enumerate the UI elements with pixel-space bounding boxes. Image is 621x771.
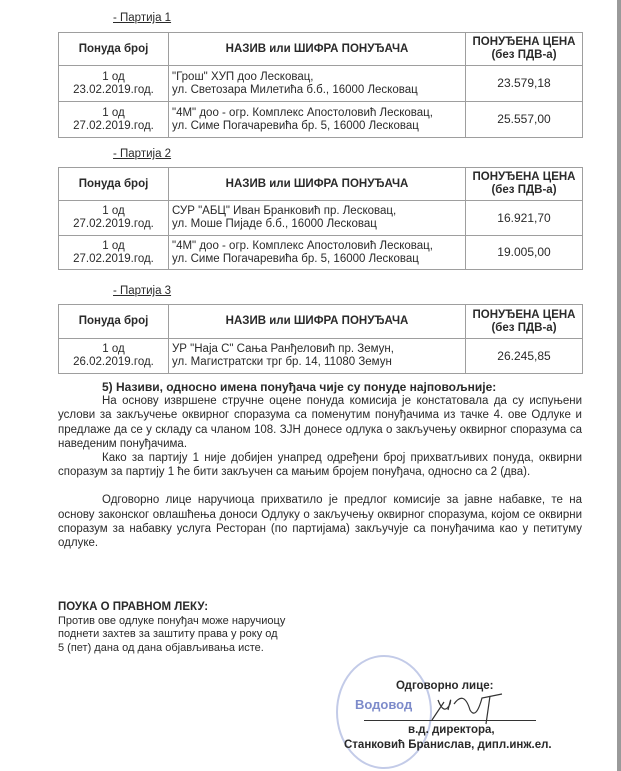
table-row: 1 од23.02.2019.год. "Грош" ХУП доо Леско… [59, 66, 583, 102]
section-5-paragraph-3: Одговорно лице наручиоца прихватило је п… [58, 493, 582, 550]
offered-price: 16.921,70 [466, 201, 583, 236]
handwritten-signature-icon [430, 690, 510, 730]
section-5-paragraph-2: Како за партију 1 није добијен унапред о… [58, 451, 582, 479]
col-header-price: ПОНУЂЕНА ЦЕНА(без ПДВ-а) [466, 33, 583, 66]
partition-2-label: - Партија 2 [113, 148, 171, 160]
bidder-name: "Грош" ХУП доо Лесковац,ул. Светозара Ми… [169, 66, 466, 102]
col-header-bidder-name: НАЗИВ или ШИФРА ПОНУЂАЧА [169, 305, 466, 339]
bidder-name: СУР "АБЦ" Иван Бранковић пр. Лесковац,ул… [169, 201, 466, 236]
offer-number: 1 од27.02.2019.год. [59, 236, 169, 270]
partition-3-label: - Партија 3 [113, 285, 171, 297]
bidder-name: "4М" доо - огр. Комплекс Апостоловић Лес… [169, 102, 466, 138]
section-5: 5) Називи, односно имена понуђача чије с… [58, 380, 582, 550]
partition-3-table: Понуда број НАЗИВ или ШИФРА ПОНУЂАЧА ПОН… [58, 304, 583, 374]
table-row: 1 од27.02.2019.год. СУР "АБЦ" Иван Бранк… [59, 201, 583, 236]
col-header-price: ПОНУЂЕНА ЦЕНА(без ПДВ-а) [466, 168, 583, 201]
partition-2-table: Понуда број НАЗИВ или ШИФРА ПОНУЂАЧА ПОН… [58, 167, 583, 270]
offer-number: 1 од26.02.2019.год. [59, 339, 169, 374]
offered-price: 26.245,85 [466, 339, 583, 374]
table-row: 1 од26.02.2019.год. УР "Наја С" Сања Ран… [59, 339, 583, 374]
offered-price: 19.005,00 [466, 236, 583, 270]
section-5-paragraph-1: На основу извршене стручне оцене понуда … [58, 394, 582, 451]
col-header-offer-number: Понуда број [59, 168, 169, 201]
offered-price: 25.557,00 [466, 102, 583, 138]
bidder-name: "4М" доо - огр. Комплекс Апостоловић Лес… [169, 236, 466, 270]
col-header-price: ПОНУЂЕНА ЦЕНА(без ПДВ-а) [466, 305, 583, 339]
stamp-text: Водовод [355, 697, 412, 712]
col-header-offer-number: Понуда број [59, 33, 169, 66]
offer-number: 1 од27.02.2019.год. [59, 201, 169, 236]
page-edge-bar [617, 0, 621, 771]
table-header-row: Понуда број НАЗИВ или ШИФРА ПОНУЂАЧА ПОН… [59, 305, 583, 339]
table-header-row: Понуда број НАЗИВ или ШИФРА ПОНУЂАЧА ПОН… [59, 33, 583, 66]
col-header-offer-number: Понуда број [59, 305, 169, 339]
table-row: 1 од27.02.2019.год. "4М" доо - огр. Комп… [59, 102, 583, 138]
col-header-bidder-name: НАЗИВ или ШИФРА ПОНУЂАЧА [169, 33, 466, 66]
legal-remedy: ПОУКА О ПРАВНОМ ЛЕКУ: Против ове одлуке … [58, 601, 318, 655]
section-5-heading: 5) Називи, односно имена понуђача чије с… [58, 380, 582, 394]
offer-number: 1 од27.02.2019.год. [59, 102, 169, 138]
offer-number: 1 од23.02.2019.год. [59, 66, 169, 102]
table-row: 1 од27.02.2019.год. "4М" доо - огр. Комп… [59, 236, 583, 270]
legal-remedy-line: поднети захтев за заштиту права у року о… [58, 628, 318, 642]
col-header-bidder-name: НАЗИВ или ШИФРА ПОНУЂАЧА [169, 168, 466, 201]
official-stamp [336, 655, 432, 769]
signer-name: Станковић Бранислав, дипл.инж.ел. [344, 739, 552, 751]
legal-remedy-title: ПОУКА О ПРАВНОМ ЛЕКУ: [58, 601, 318, 615]
bidder-name: УР "Наја С" Сања Ранђеловић пр. Земун,ул… [169, 339, 466, 374]
legal-remedy-line: Против ове одлуке понуђач може наручиоцу [58, 615, 318, 629]
partition-1-label: - Партија 1 [113, 12, 171, 24]
partition-1-table: Понуда број НАЗИВ или ШИФРА ПОНУЂАЧА ПОН… [58, 32, 583, 138]
table-header-row: Понуда број НАЗИВ или ШИФРА ПОНУЂАЧА ПОН… [59, 168, 583, 201]
offered-price: 23.579,18 [466, 66, 583, 102]
legal-remedy-line: 5 (пет) дана од дана објављивања исте. [58, 642, 318, 656]
